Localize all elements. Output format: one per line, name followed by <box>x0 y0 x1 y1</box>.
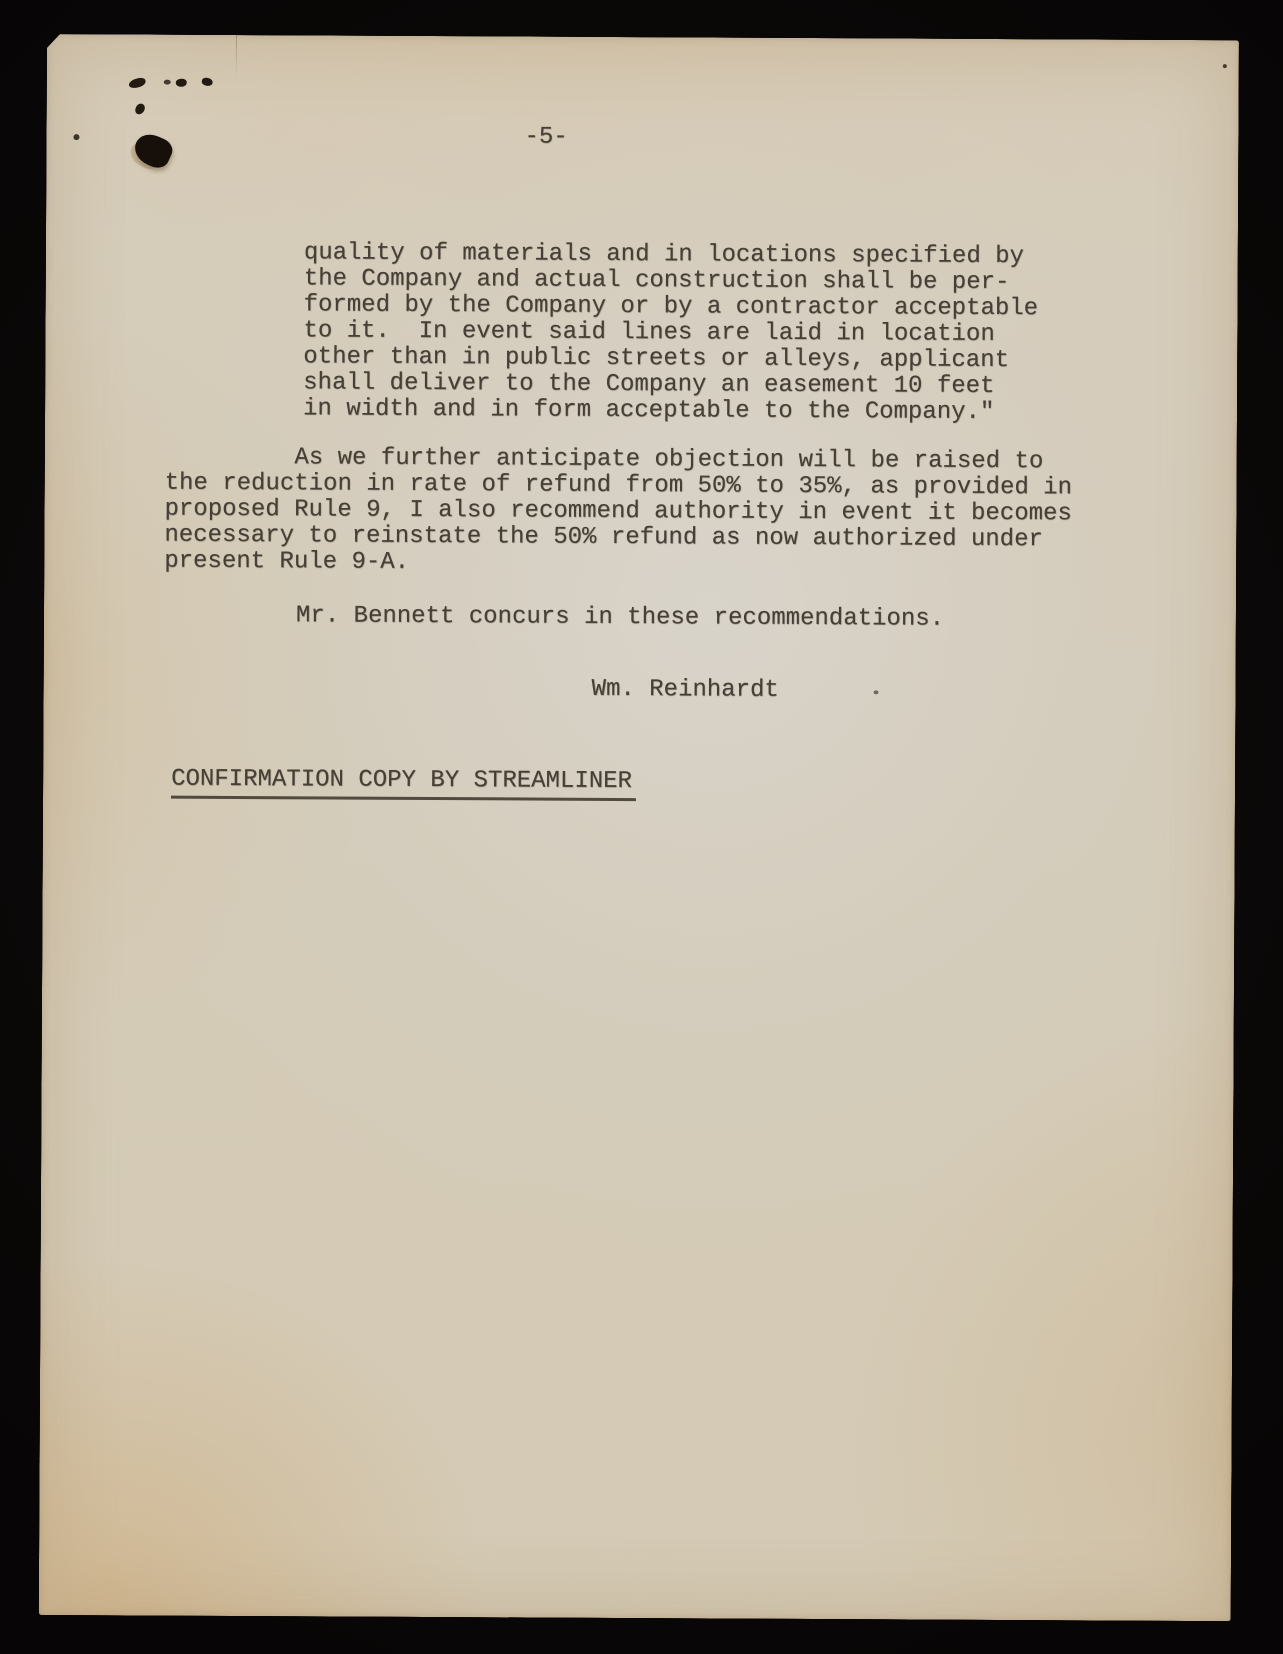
page-number: -5- <box>524 125 567 151</box>
typed-text-layer: -5- quality of materials and in location… <box>39 34 1239 1621</box>
concurrence-line: Mr. Bennett concurs in these recommendat… <box>296 603 944 632</box>
ink-speck <box>874 690 879 694</box>
confirmation-stamp: CONFIRMATION COPY BY STREAMLINER <box>171 767 636 801</box>
signature-name: Wm. Reinhardt <box>592 677 779 704</box>
scanner-background: -5- quality of materials and in location… <box>0 0 1283 1654</box>
quote-block: quality of materials and in locations sp… <box>303 240 1038 426</box>
paper-sheet: -5- quality of materials and in location… <box>39 34 1239 1621</box>
body-paragraph: As we further anticipate objection will … <box>164 445 1072 580</box>
